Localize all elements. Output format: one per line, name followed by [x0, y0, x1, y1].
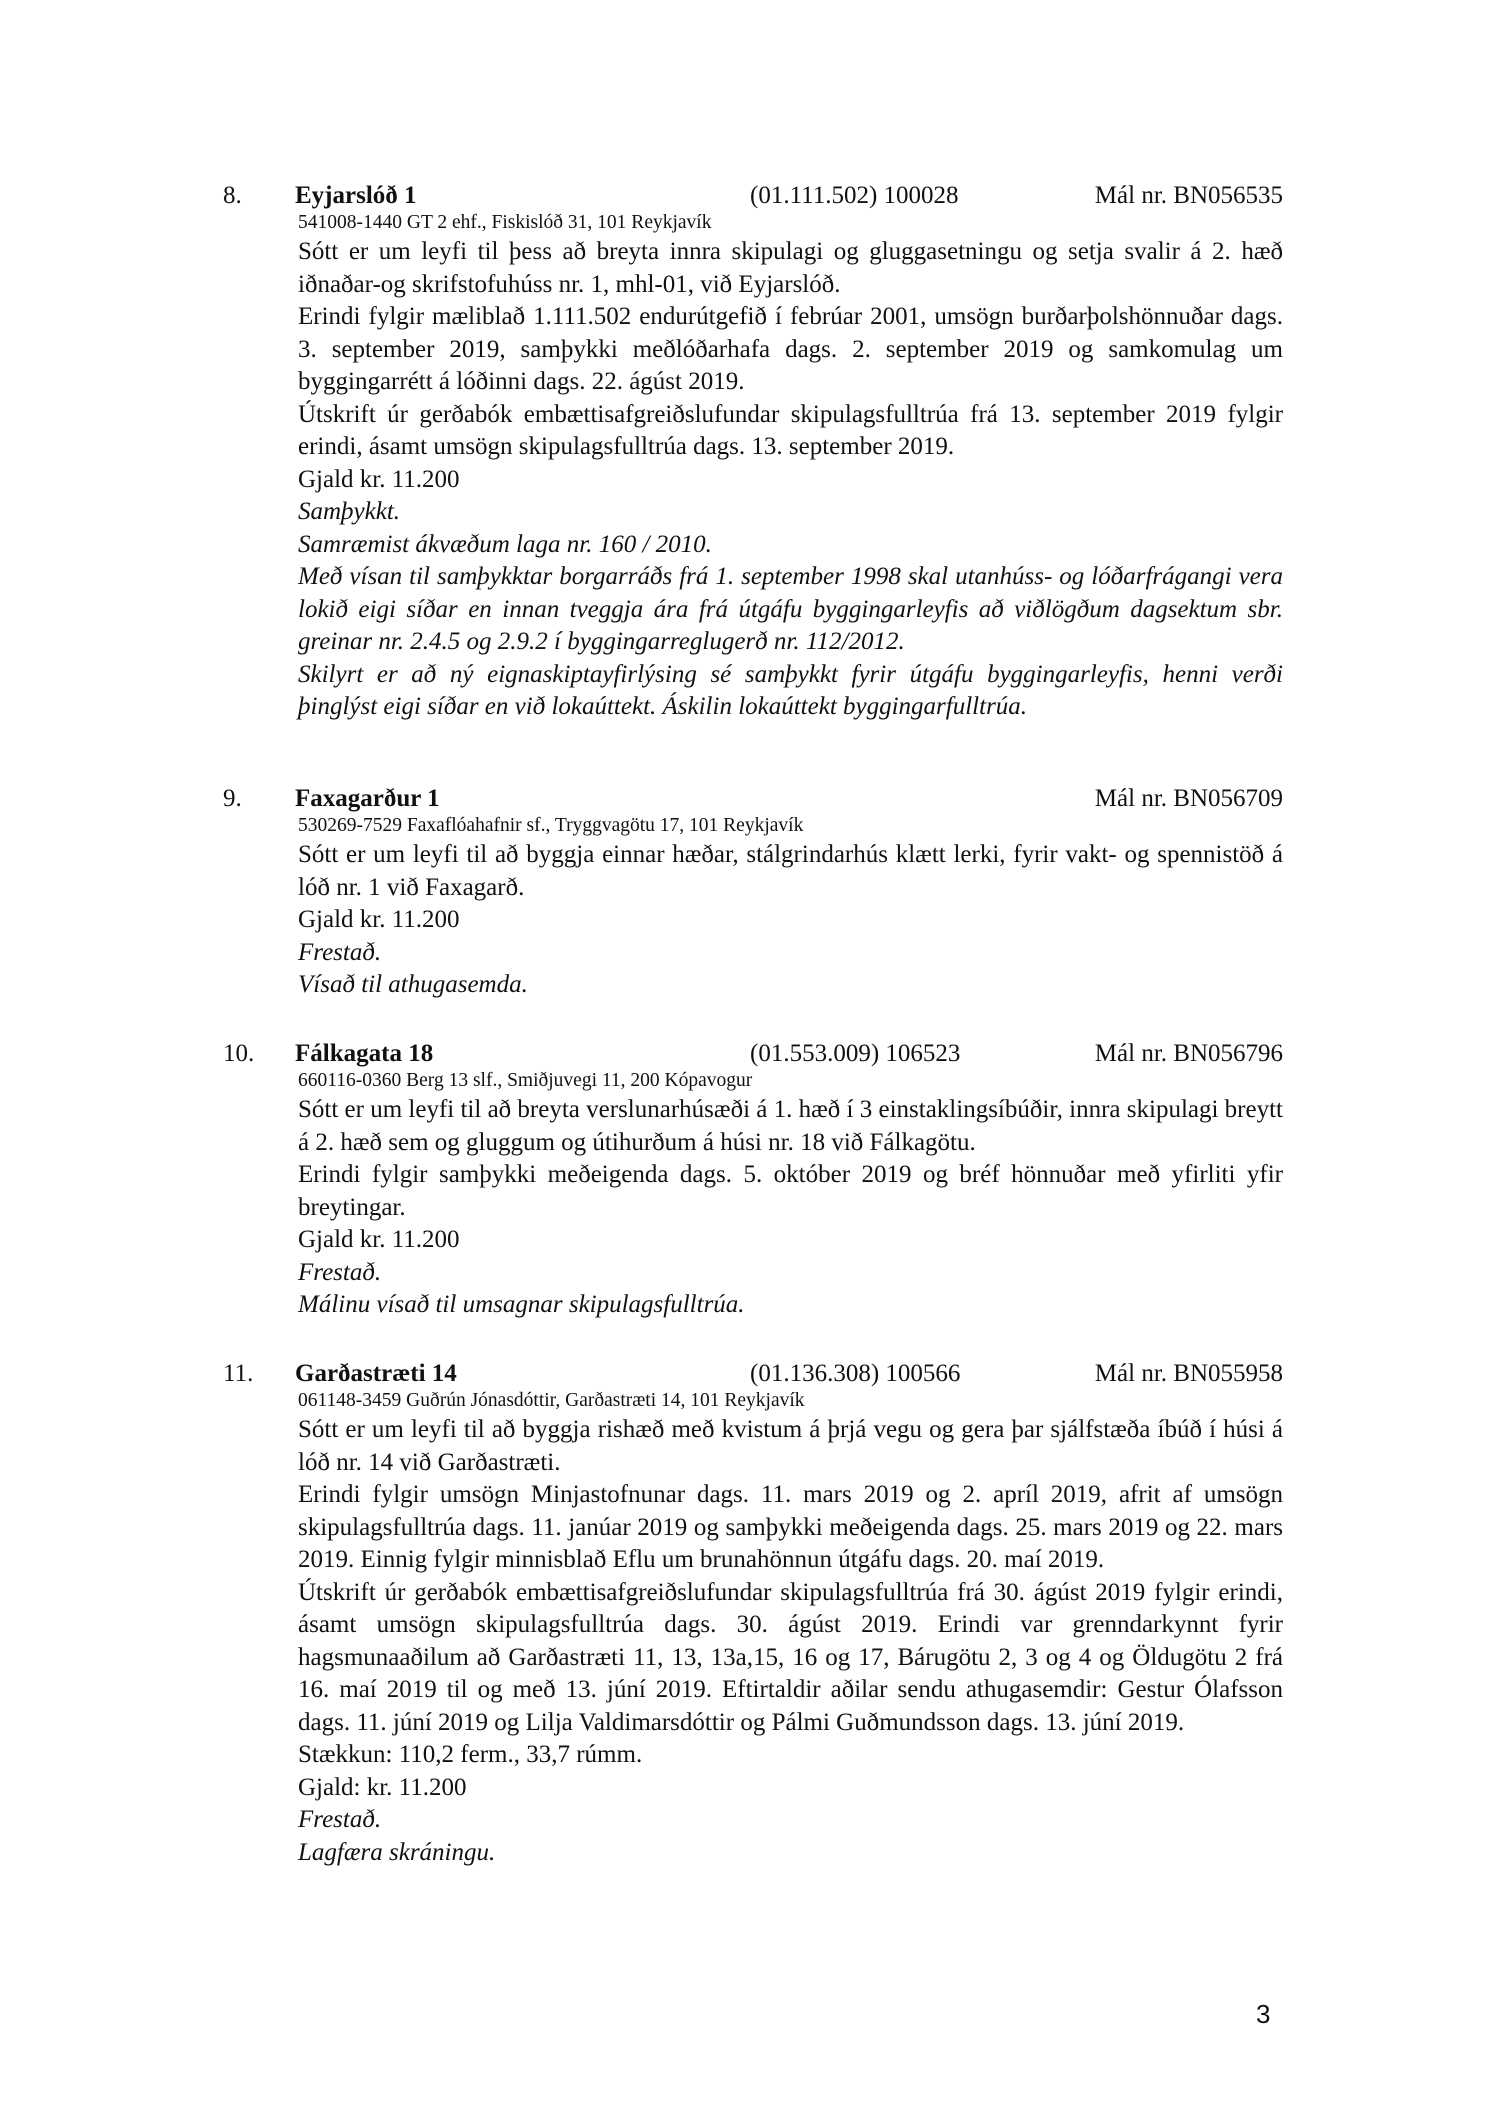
- item-land-code: (01.111.502) 100028: [750, 180, 959, 212]
- agenda-item: 8. Eyjarslóð 1 (01.111.502) 100028 Mál n…: [223, 180, 1283, 724]
- item-number: 10.: [223, 1038, 254, 1070]
- item-number: 8.: [223, 180, 242, 212]
- item-fee: Gjald kr. 11.200: [298, 464, 1283, 497]
- item-case-number: Mál nr. BN055958: [1095, 1358, 1283, 1390]
- item-header: 10. Fálkagata 18 (01.553.009) 106523 Mál…: [223, 1038, 1283, 1070]
- item-applicant: 541008-1440 GT 2 ehf., Fiskislóð 31, 101…: [298, 210, 1283, 236]
- item-body: 541008-1440 GT 2 ehf., Fiskislóð 31, 101…: [298, 210, 1283, 724]
- item-paragraph: Sótt er um leyfi til að byggja rishæð me…: [298, 1414, 1283, 1479]
- item-decision: Frestað.: [298, 937, 1283, 970]
- item-decision: Frestað.: [298, 1257, 1283, 1290]
- item-paragraph: Erindi fylgir samþykki meðeigenda dags. …: [298, 1159, 1283, 1224]
- item-fee: Gjald: kr. 11.200: [298, 1772, 1283, 1805]
- agenda-item: 11. Garðastræti 14 (01.136.308) 100566 M…: [223, 1358, 1283, 1869]
- item-body: 061148-3459 Guðrún Jónasdóttir, Garðastr…: [298, 1388, 1283, 1869]
- item-note: Málinu vísað til umsagnar skipulagsfullt…: [298, 1289, 1283, 1322]
- page-number: 3: [1256, 1998, 1270, 2030]
- item-address: Garðastræti 14: [295, 1358, 457, 1390]
- item-paragraph: Sótt er um leyfi til að breyta verslunar…: [298, 1094, 1283, 1159]
- item-paragraph: Útskrift úr gerðabók embættisafgreiðsluf…: [298, 1577, 1283, 1740]
- item-land-code: (01.136.308) 100566: [750, 1358, 960, 1390]
- item-case-number: Mál nr. BN056709: [1095, 783, 1283, 815]
- item-paragraph: Útskrift úr gerðabók embættisafgreiðsluf…: [298, 399, 1283, 464]
- item-number: 11.: [223, 1358, 253, 1390]
- item-paragraph: Erindi fylgir mæliblað 1.111.502 endurút…: [298, 301, 1283, 399]
- item-body: 660116-0360 Berg 13 slf., Smiðjuvegi 11,…: [298, 1068, 1283, 1322]
- item-enlargement: Stækkun: 110,2 ferm., 33,7 rúmm.: [298, 1739, 1283, 1772]
- item-number: 9.: [223, 783, 242, 815]
- item-address: Eyjarslóð 1: [295, 180, 417, 212]
- item-fee: Gjald kr. 11.200: [298, 904, 1283, 937]
- item-address: Fálkagata 18: [295, 1038, 433, 1070]
- item-note: Með vísan til samþykktar borgarráðs frá …: [298, 561, 1283, 659]
- item-decision: Samþykkt.: [298, 496, 1283, 529]
- item-header: 11. Garðastræti 14 (01.136.308) 100566 M…: [223, 1358, 1283, 1390]
- item-note: Skilyrt er að ný eignaskiptayfirlýsing s…: [298, 659, 1283, 724]
- agenda-item: 10. Fálkagata 18 (01.553.009) 106523 Mál…: [223, 1038, 1283, 1322]
- item-decision: Frestað.: [298, 1804, 1283, 1837]
- agenda-item: 9. Faxagarður 1 Mál nr. BN056709 530269-…: [223, 783, 1283, 1002]
- document-page: 8. Eyjarslóð 1 (01.111.502) 100028 Mál n…: [0, 0, 1500, 2122]
- item-address: Faxagarður 1: [295, 783, 440, 815]
- item-case-number: Mál nr. BN056796: [1095, 1038, 1283, 1070]
- item-note: Samræmist ákvæðum laga nr. 160 / 2010.: [298, 529, 1283, 562]
- item-land-code: (01.553.009) 106523: [750, 1038, 960, 1070]
- item-note: Lagfæra skráningu.: [298, 1837, 1283, 1870]
- item-note: Vísað til athugasemda.: [298, 969, 1283, 1002]
- item-header: 8. Eyjarslóð 1 (01.111.502) 100028 Mál n…: [223, 180, 1283, 212]
- item-applicant: 660116-0360 Berg 13 slf., Smiðjuvegi 11,…: [298, 1068, 1283, 1094]
- item-applicant: 061148-3459 Guðrún Jónasdóttir, Garðastr…: [298, 1388, 1283, 1414]
- item-paragraph: Sótt er um leyfi til að byggja einnar hæ…: [298, 839, 1283, 904]
- item-applicant: 530269-7529 Faxaflóahafnir sf., Tryggvag…: [298, 813, 1283, 839]
- item-paragraph: Erindi fylgir umsögn Minjastofnunar dags…: [298, 1479, 1283, 1577]
- item-fee: Gjald kr. 11.200: [298, 1224, 1283, 1257]
- item-case-number: Mál nr. BN056535: [1095, 180, 1283, 212]
- item-body: 530269-7529 Faxaflóahafnir sf., Tryggvag…: [298, 813, 1283, 1002]
- item-header: 9. Faxagarður 1 Mál nr. BN056709: [223, 783, 1283, 815]
- item-paragraph: Sótt er um leyfi til þess að breyta innr…: [298, 236, 1283, 301]
